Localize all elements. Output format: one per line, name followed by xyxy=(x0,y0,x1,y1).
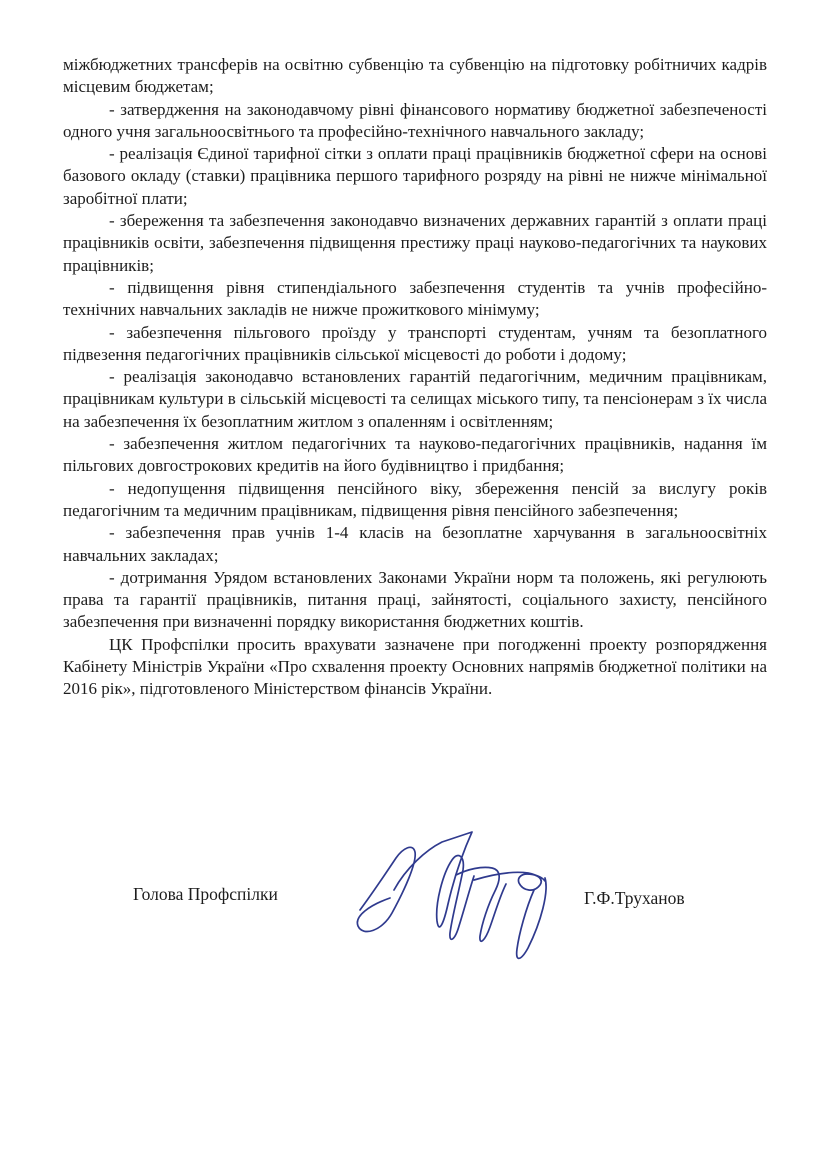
paragraph-continuation: міжбюджетних трансферів на освітню субве… xyxy=(63,54,767,99)
paragraph-closing: ЦК Профспілки просить врахувати зазначен… xyxy=(63,634,767,701)
paragraph-bullet: - реалізація Єдиної тарифної сітки з опл… xyxy=(63,143,767,210)
paragraph-bullet: - забезпечення пільгового проїзду у тран… xyxy=(63,322,767,367)
paragraph-bullet: - забезпечення прав учнів 1-4 класів на … xyxy=(63,522,767,567)
document-page: міжбюджетних трансферів на освітню субве… xyxy=(0,0,827,1169)
signature-ink-scribble xyxy=(344,828,559,970)
paragraph-bullet: - підвищення рівня стипендіального забез… xyxy=(63,277,767,322)
paragraph-bullet: - збереження та забезпечення законодавчо… xyxy=(63,210,767,277)
letter-body: міжбюджетних трансферів на освітню субве… xyxy=(63,54,767,701)
paragraph-bullet: - затвердження на законодавчому рівні фі… xyxy=(63,99,767,144)
paragraph-bullet: - недопущення підвищення пенсійного віку… xyxy=(63,478,767,523)
paragraph-bullet: - дотримання Урядом встановлених Законам… xyxy=(63,567,767,634)
paragraph-bullet: - забезпечення житлом педагогічних та на… xyxy=(63,433,767,478)
signature-ink-strokes xyxy=(357,832,546,958)
signature-name: Г.Ф.Труханов xyxy=(584,888,685,909)
paragraph-bullet: - реалізація законодавчо встановлених га… xyxy=(63,366,767,433)
signature-role-label: Голова Профспілки xyxy=(133,884,278,905)
